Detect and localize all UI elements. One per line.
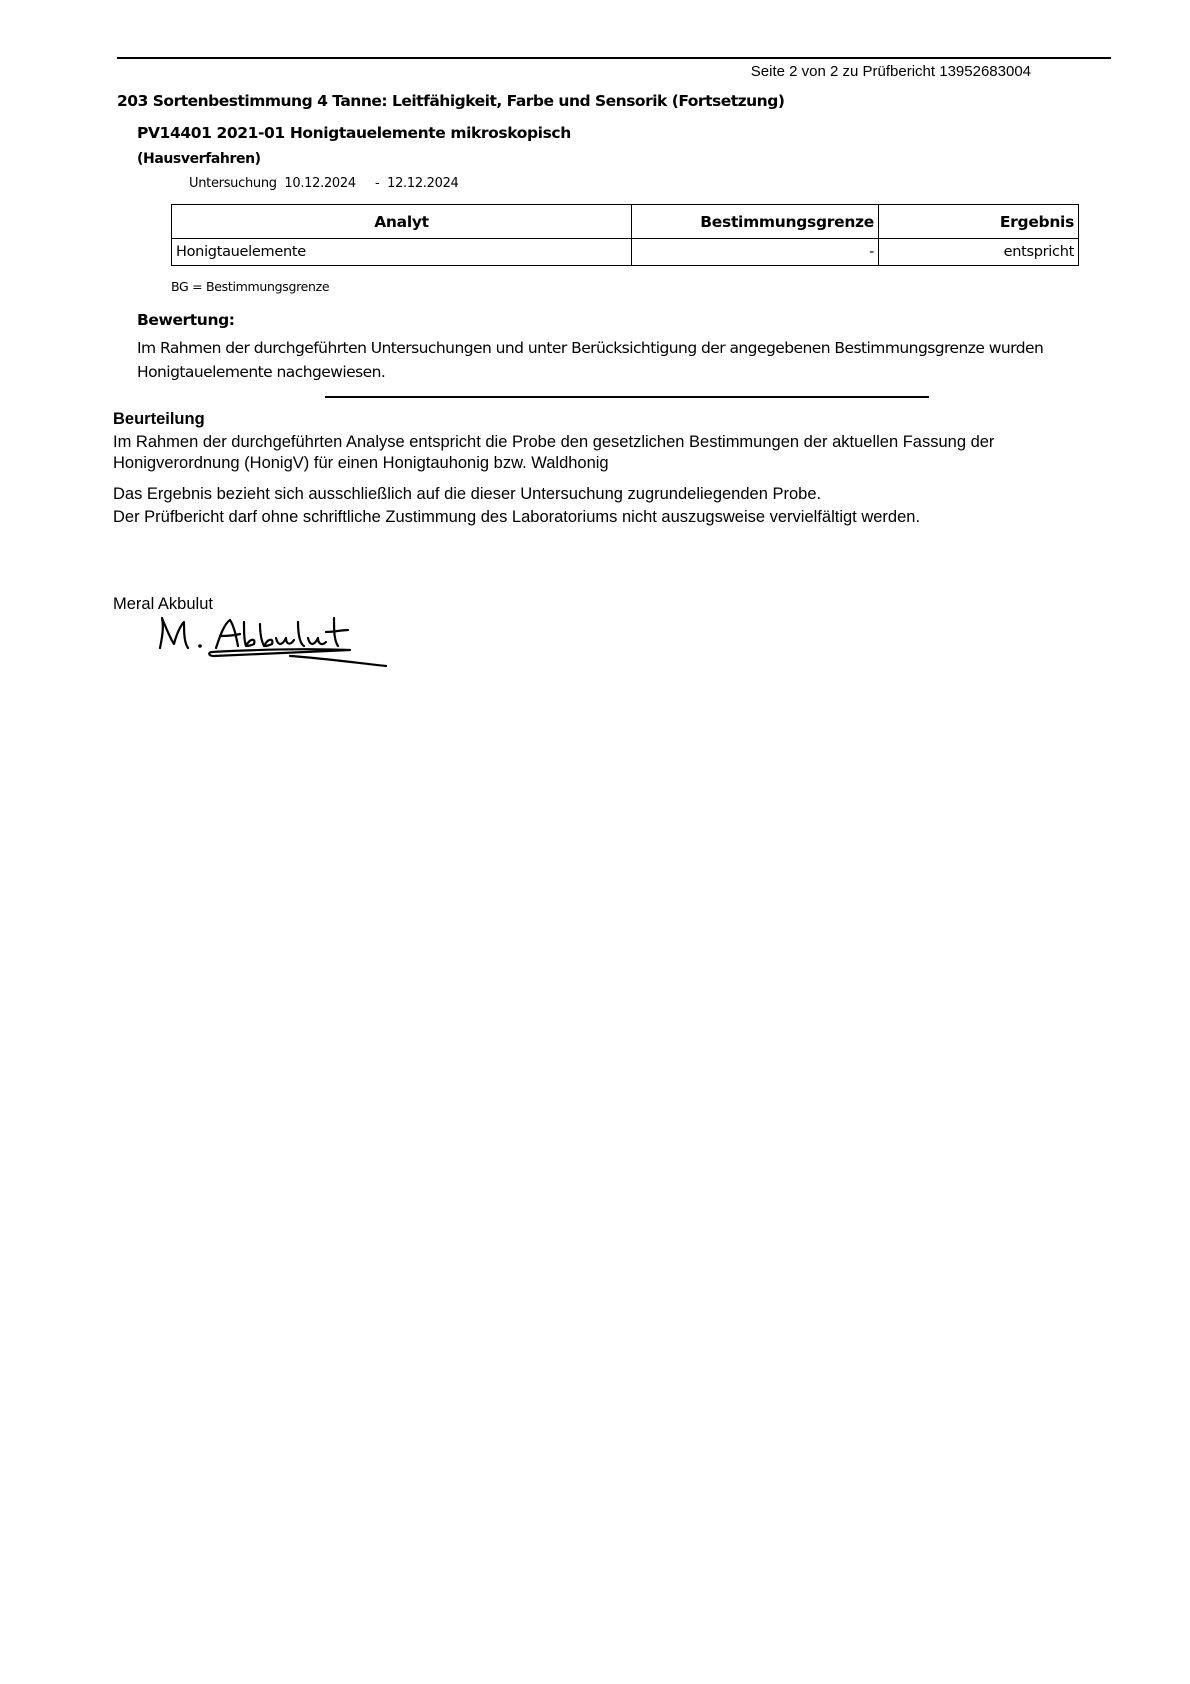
column-header-analyt: Analyt	[172, 205, 632, 239]
judgement-heading: Beurteilung	[113, 410, 205, 429]
signature-icon	[150, 612, 390, 672]
examination-separator: -	[375, 176, 379, 191]
cell-ergebnis: entspricht	[879, 239, 1079, 266]
reproduction-note: Der Prüfbericht darf ohne schriftliche Z…	[113, 508, 920, 527]
cell-bestimmungsgrenze: -	[632, 239, 879, 266]
header-rule	[117, 57, 1111, 59]
judgement-text: Im Rahmen der durchgeführten Analyse ent…	[113, 432, 1113, 474]
cell-analyt: Honigtauelemente	[172, 239, 632, 266]
result-scope-note: Das Ergebnis bezieht sich ausschließlich…	[113, 485, 821, 504]
examination-end: 12.12.2024	[387, 176, 458, 191]
evaluation-heading: Bewertung:	[137, 311, 235, 329]
column-header-bestimmungsgrenze: Bestimmungsgrenze	[632, 205, 879, 239]
method-subtitle: (Hausverfahren)	[137, 151, 261, 167]
examination-start: 10.12.2024	[284, 176, 355, 191]
section-title: 203 Sortenbestimmung 4 Tanne: Leitfähigk…	[117, 92, 784, 110]
results-table: Analyt Bestimmungsgrenze Ergebnis Honigt…	[171, 204, 1079, 266]
column-header-ergebnis: Ergebnis	[879, 205, 1079, 239]
section-divider	[325, 396, 929, 398]
examination-label: Untersuchung	[189, 176, 277, 191]
method-title: PV14401 2021-01 Honigtauelemente mikrosk…	[137, 124, 571, 142]
table-header-row: Analyt Bestimmungsgrenze Ergebnis	[172, 205, 1079, 239]
examination-period: Untersuchung 10.12.2024 - 12.12.2024	[189, 176, 459, 191]
table-row: Honigtauelemente - entspricht	[172, 239, 1079, 266]
table-footnote: BG = Bestimmungsgrenze	[171, 279, 329, 294]
page-reference: Seite 2 von 2 zu Prüfbericht 13952683004	[751, 63, 1031, 80]
evaluation-text: Im Rahmen der durchgeführten Untersuchun…	[137, 336, 1097, 384]
